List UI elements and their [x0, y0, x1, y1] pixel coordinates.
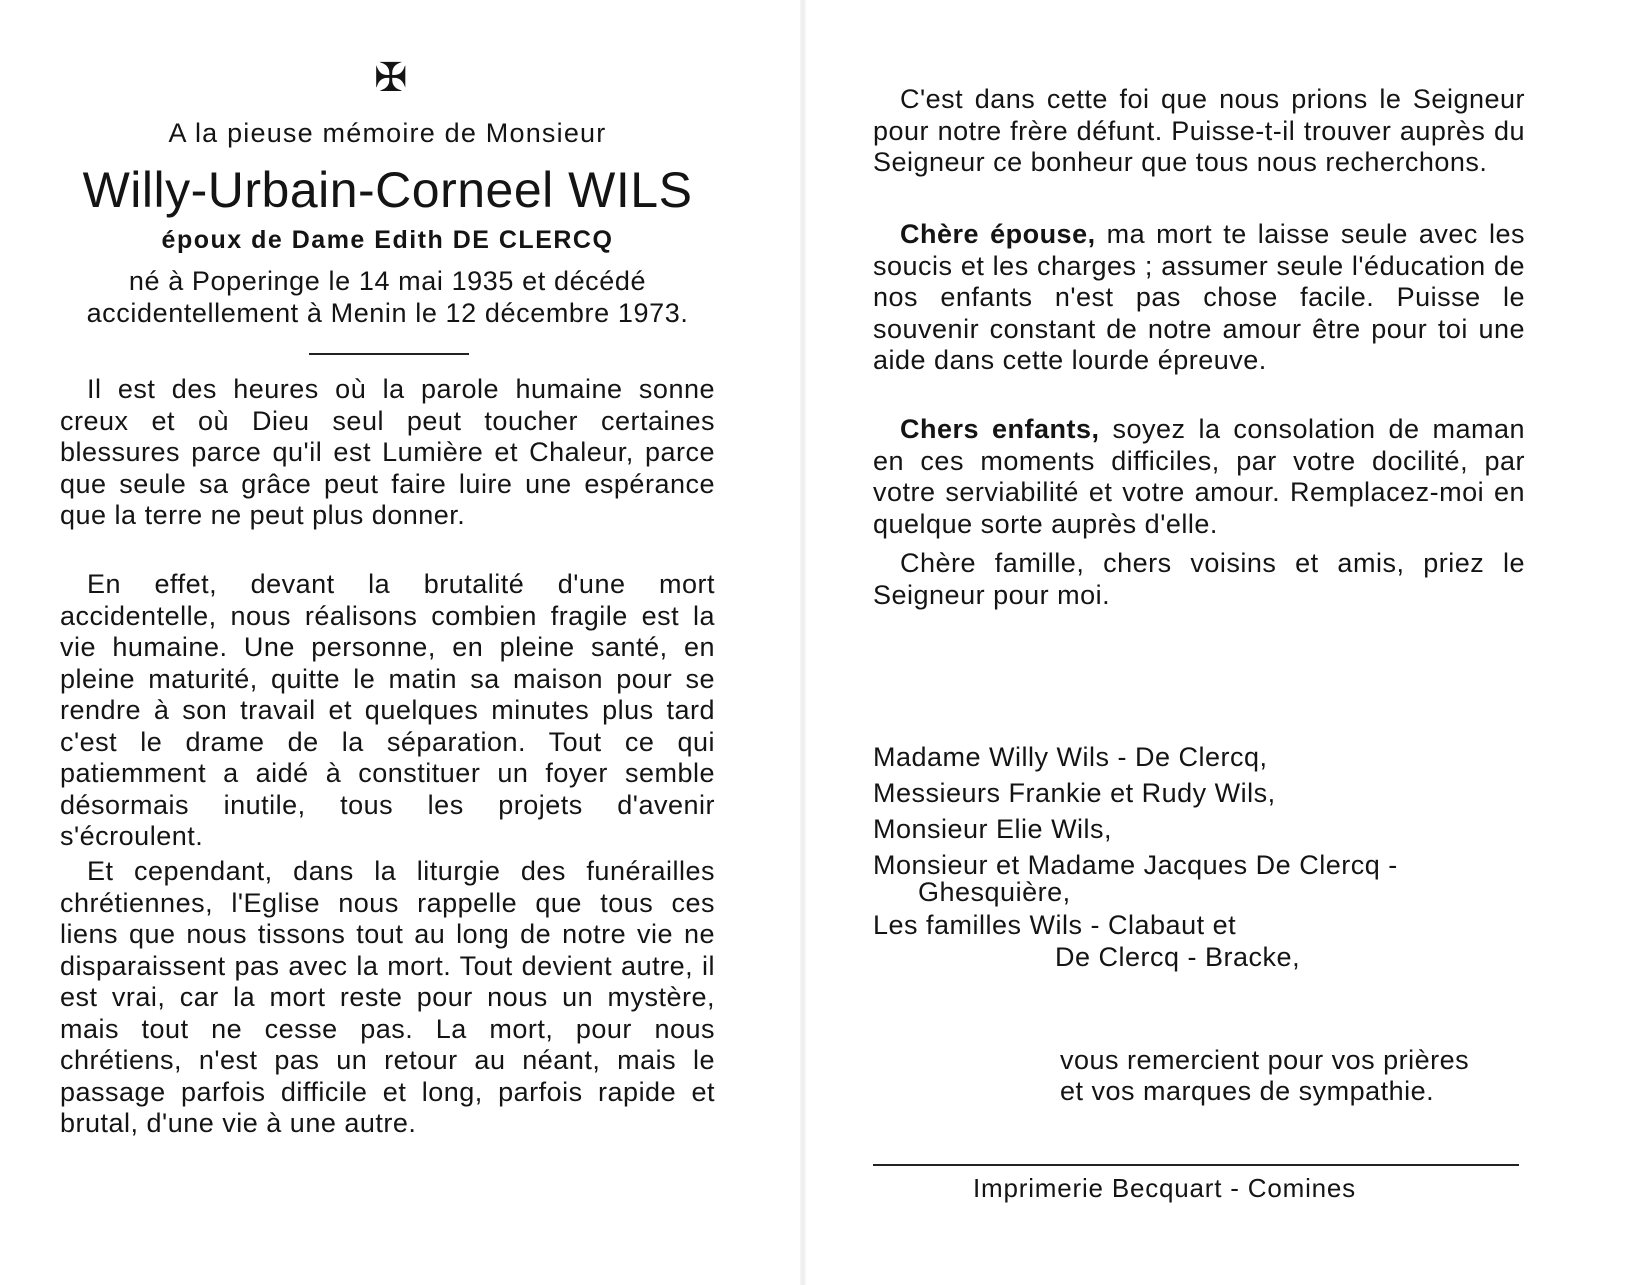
paragraph: Il est des heures où la parole humaine s…	[60, 374, 715, 532]
thanks-line: et vos marques de sympathie.	[1060, 1076, 1469, 1107]
spouse-line: époux de Dame Edith DE CLERCQ	[60, 226, 715, 255]
thanks-message: vous remercient pour vos prières et vos …	[1060, 1045, 1469, 1107]
left-panel: ✠ A la pieuse mémoire de Monsieur Willy-…	[60, 0, 715, 1285]
paragraph-text: Chère famille, chers voisins et amis, pr…	[873, 548, 1525, 610]
paragraph-text: En effet, devant la brutalité d'une mort…	[60, 569, 715, 851]
family-member: Madame Willy Wils - De Clercq,	[873, 739, 1398, 775]
deceased-name: Willy-Urbain-Corneel WILS	[60, 160, 715, 220]
prayer-paragraph: C'est dans cette foi que nous prions le …	[873, 84, 1525, 179]
paragraph-text: Et cependant, dans la liturgie des funér…	[60, 856, 715, 1138]
paragraph-text: Il est des heures où la parole humaine s…	[60, 374, 715, 530]
right-panel: C'est dans cette foi que nous prions le …	[873, 0, 1525, 1285]
paragraph: Et cependant, dans la liturgie des funér…	[60, 856, 715, 1140]
spouse-paragraph: Chère épouse, ma mort te laisse seule av…	[873, 219, 1525, 377]
birth-death-dates: né à Poperinge le 14 mai 1935 et décédé …	[60, 265, 715, 329]
card-fold	[800, 0, 806, 1285]
memorial-heading: A la pieuse mémoire de Monsieur	[60, 118, 715, 149]
paragraph-text: C'est dans cette foi que nous prions le …	[873, 84, 1525, 177]
family-list: Madame Willy Wils - De Clercq, Messieurs…	[873, 739, 1398, 973]
family-member: Messieurs Frankie et Rudy Wils,	[873, 775, 1398, 811]
dates-line-2: accidentellement à Menin le 12 décembre …	[60, 297, 715, 329]
family-member: Les familles Wils - Clabaut et	[873, 907, 1398, 943]
thanks-line: vous remercient pour vos prières	[1060, 1045, 1469, 1076]
family-member: Monsieur Elie Wils,	[873, 811, 1398, 847]
family-member-cont: De Clercq - Bracke,	[873, 941, 1398, 973]
family-paragraph: Chère famille, chers voisins et amis, pr…	[873, 548, 1525, 611]
divider	[309, 353, 469, 355]
divider	[873, 1164, 1519, 1166]
printer-credit: Imprimerie Becquart - Comines	[973, 1173, 1356, 1204]
dates-line-1: né à Poperinge le 14 mai 1935 et décédé	[60, 265, 715, 297]
children-paragraph: Chers enfants, soyez la consolation de m…	[873, 414, 1525, 540]
maltese-cross-icon: ✠	[374, 58, 408, 98]
paragraph-lead: Chère épouse,	[900, 219, 1096, 249]
paragraph-lead: Chers enfants,	[900, 414, 1100, 444]
paragraph: En effet, devant la brutalité d'une mort…	[60, 569, 715, 853]
